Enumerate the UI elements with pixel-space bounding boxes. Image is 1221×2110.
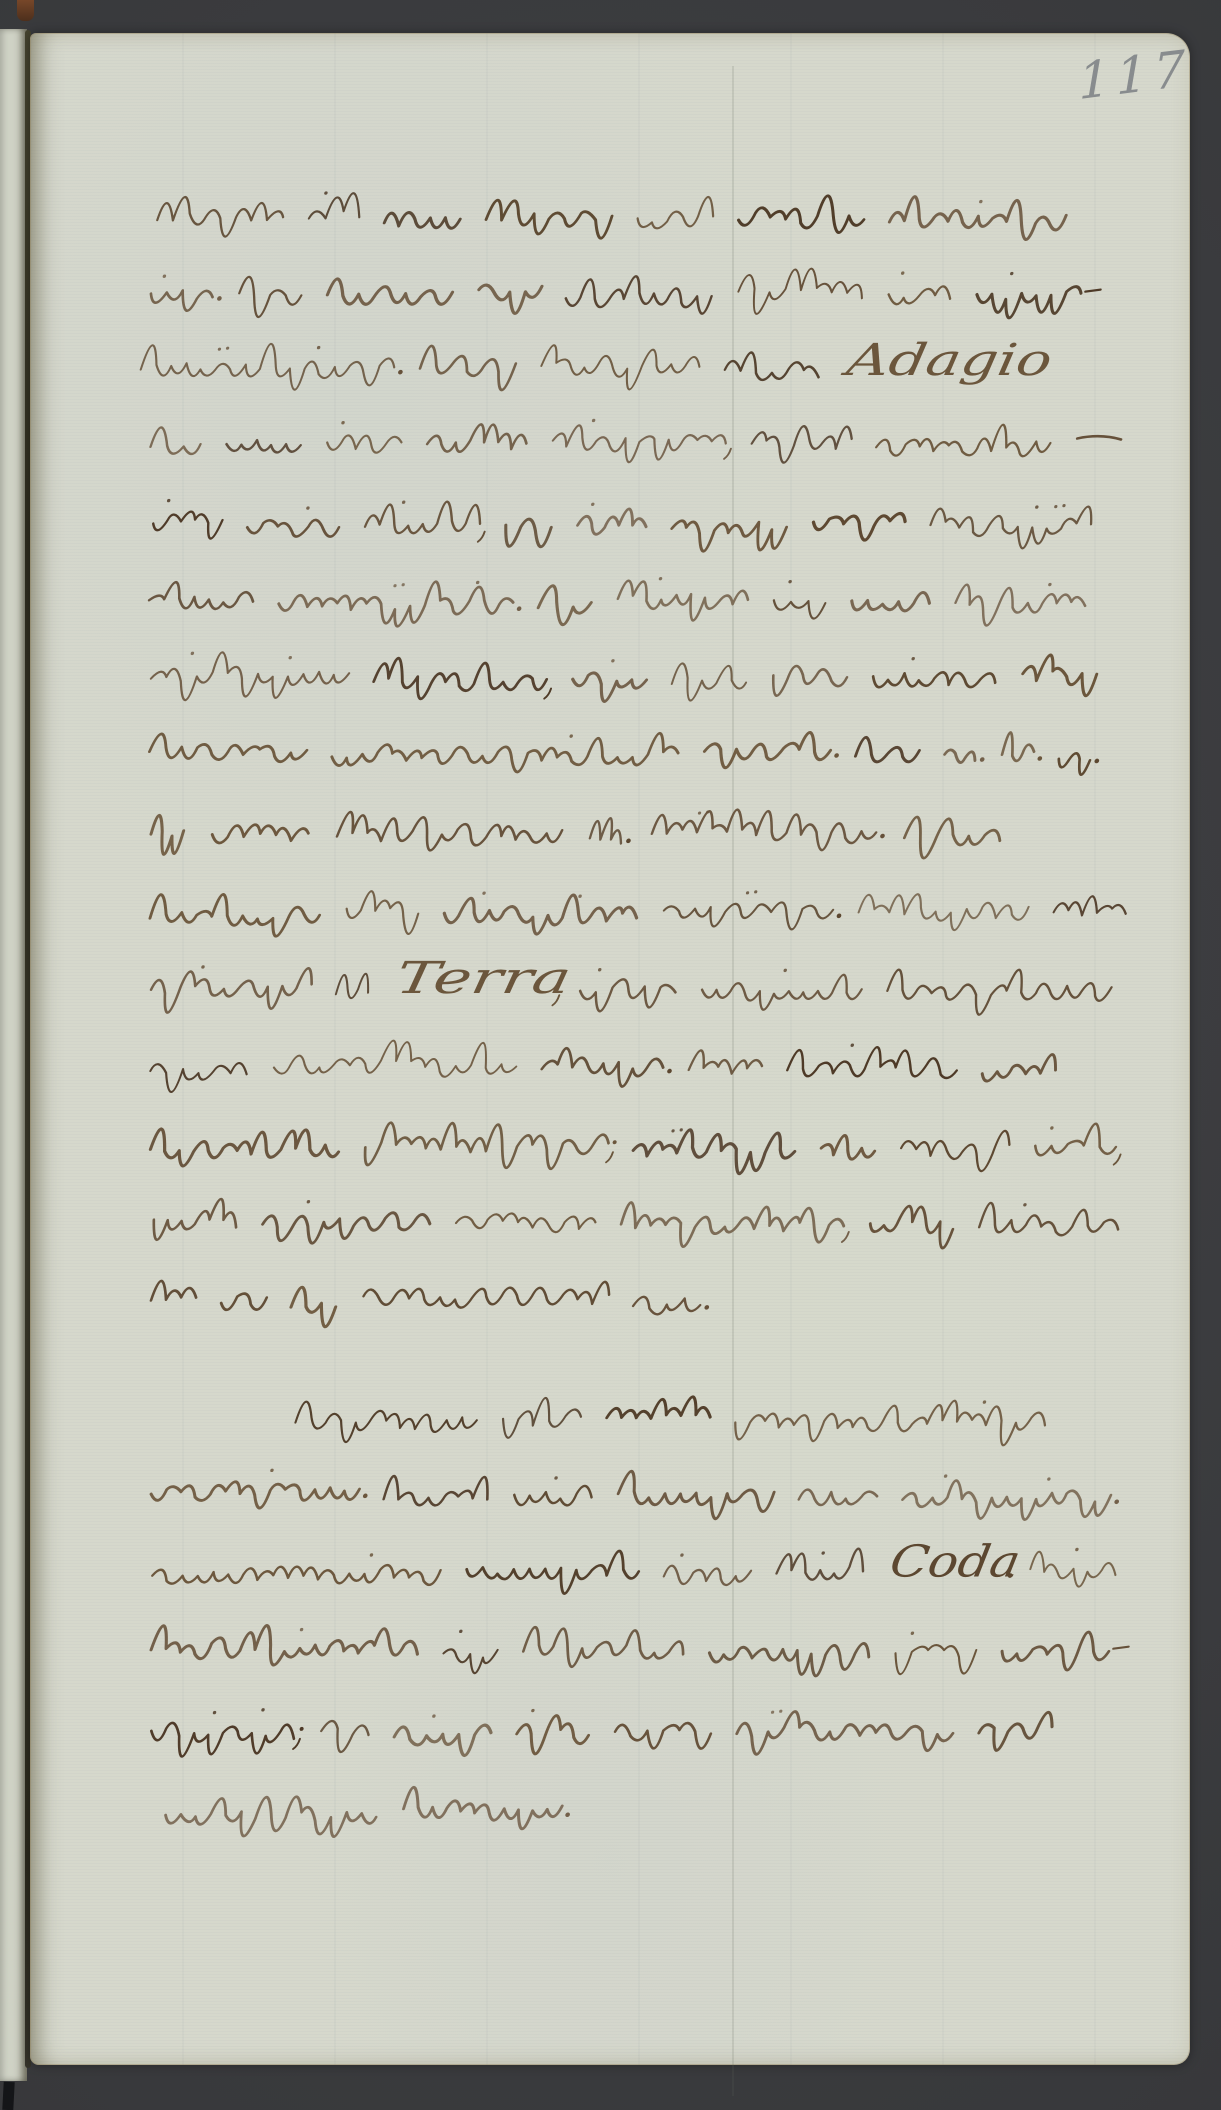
binding-thread — [17, 0, 34, 21]
paper-fold-crease — [732, 66, 734, 2096]
manuscript-page — [30, 33, 1190, 2065]
binding-mark-bottom-left — [2, 2082, 14, 2110]
manuscript-scan: { "document": { "kind": "handwritten let… — [0, 0, 1221, 2110]
previous-page-edge — [0, 29, 27, 2081]
book-background: 117 AdagioTerraCoda — [0, 0, 1221, 2110]
